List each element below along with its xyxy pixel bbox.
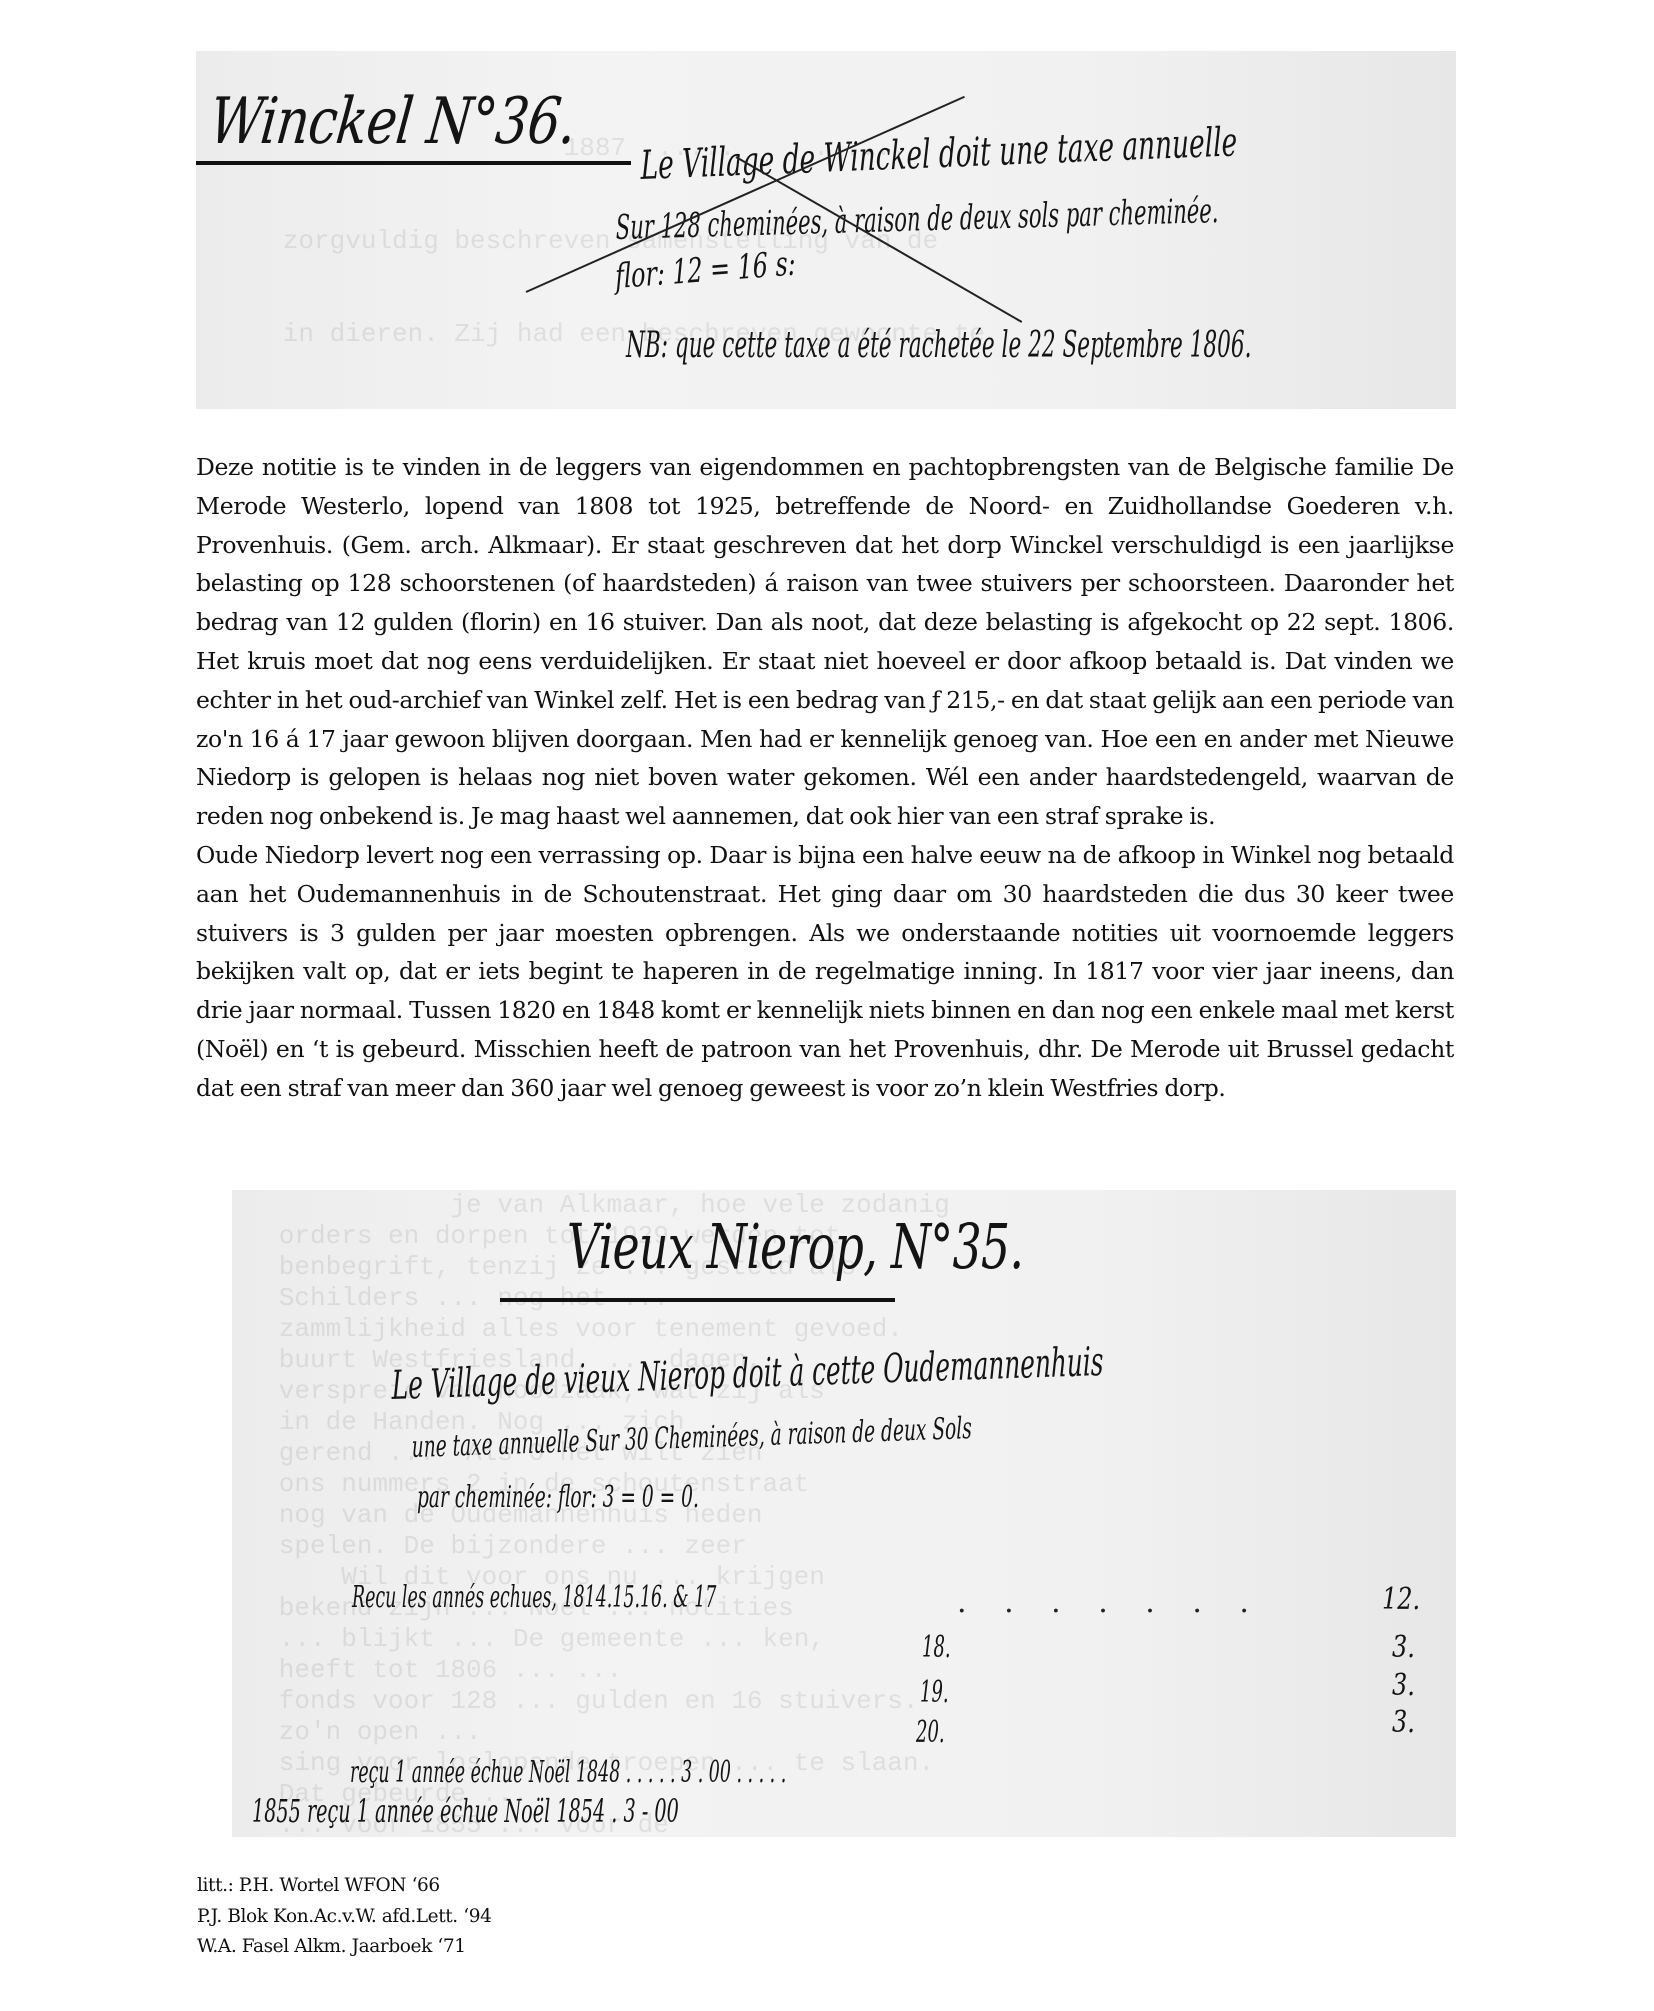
paragraph: Deze notitie is te vinden in de leggers … — [196, 448, 1454, 836]
ledger-entry-amount: 3. — [1392, 1630, 1415, 1665]
scan-line: par cheminée: flor: 3 = 0 = 0. — [417, 1480, 699, 1515]
scan-title: Vieux Nierop, N°35. — [567, 1210, 1023, 1283]
ledger-entry-amount: 3. — [1392, 1705, 1415, 1740]
paragraph: Oude Niedorp levert nog een verrassing o… — [196, 836, 1454, 1108]
ghost-line: zammlijkheid alles voor tenement gevoed. — [232, 1314, 950, 1345]
reference-item: litt.: P.H. Wortel WFON ‘66 — [197, 1871, 491, 1902]
ledger-noel-line: 1855 reçu 1 année échue Noël 1854 . 3 - … — [252, 1792, 679, 1830]
title-underline — [500, 1298, 895, 1302]
ghost-line: zo'n open ... — [232, 1717, 950, 1748]
reference-item: W.A. Fasel Alkm. Jaarboek ‘71 — [197, 1932, 491, 1963]
title-underline — [196, 161, 631, 165]
ghost-line: fonds voor 128 ... gulden en 16 stuivers… — [232, 1686, 950, 1717]
ledger-entry-amount: 12. — [1382, 1582, 1420, 1617]
ghost-line: heeft tot 1806 ... ... — [232, 1655, 950, 1686]
ledger-entry-label: 19. — [920, 1675, 949, 1710]
scan-title: Winckel N°36. — [206, 85, 579, 159]
ledger-noel-line: reçu 1 année échue Noël 1848 . . . . . 3… — [350, 1755, 786, 1790]
reference-item: P.J. Blok Kon.Ac.v.W. afd.Lett. ‘94 — [197, 1902, 491, 1933]
ghost-line: ... blijkt ... De gemeente ... ken, — [232, 1624, 950, 1655]
references: litt.: P.H. Wortel WFON ‘66 P.J. Blok Ko… — [197, 1871, 491, 1963]
ledger-entry-amount: 3. — [1392, 1668, 1415, 1703]
scan-image-winckel: 1887 ...... ........ zorgvuldig beschrev… — [196, 51, 1456, 409]
ledger-entry-label: Recu les annés echues, 1814.15.16. & 17 — [352, 1580, 716, 1615]
article-body: Deze notitie is te vinden in de leggers … — [196, 448, 1454, 1108]
scan-image-vieux-nierop: je van Alkmaar, hoe vele zodanig orders … — [232, 1190, 1456, 1837]
leader-dots: . . . . . . . — [957, 1585, 1263, 1620]
ghost-line: spelen. De bijzondere ... zeer — [232, 1531, 950, 1562]
scan-line: NB: que cette taxe a été rachetée le 22 … — [626, 325, 1251, 366]
ledger-entry-label: 20. — [916, 1715, 945, 1750]
ledger-entry-label: 18. — [922, 1630, 951, 1665]
